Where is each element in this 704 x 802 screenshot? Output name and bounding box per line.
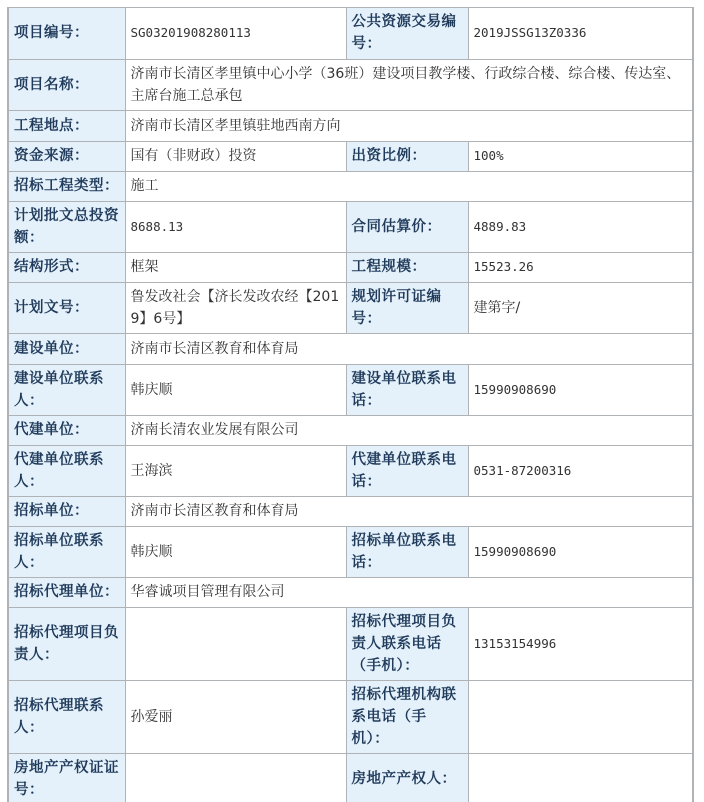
value-project-name: 济南市长清区孝里镇中心小学（36班）建设项目教学楼、行政综合楼、综合楼、传达室、… bbox=[125, 59, 692, 110]
value-permit-number: 建第字/ bbox=[468, 282, 692, 333]
value-total-investment: 8688.13 bbox=[125, 201, 346, 252]
label-construction-contact: 建设单位联系人： bbox=[9, 364, 125, 415]
value-location: 济南市长清区孝里镇驻地西南方向 bbox=[125, 110, 692, 141]
label-agent-build-contact: 代建单位联系人： bbox=[9, 445, 125, 496]
row-tender-type: 招标工程类型： 施工 bbox=[9, 171, 692, 201]
value-property-cert bbox=[125, 753, 346, 802]
row-tender-agency: 招标代理单位： 华睿诚项目管理有限公司 bbox=[9, 577, 692, 607]
row-plan-doc: 计划文号： 鲁发改社会【济长发改农经【2019】6号】 规划许可证编号： 建第字… bbox=[9, 282, 692, 333]
value-tender-contact: 韩庆顺 bbox=[125, 526, 346, 577]
label-trade-number: 公共资源交易编号： bbox=[346, 8, 468, 59]
label-construction-unit: 建设单位： bbox=[9, 333, 125, 364]
project-info-panel: 项目编号： SG03201908280113 公共资源交易编号： 2019JSS… bbox=[7, 7, 694, 802]
label-plan-doc-number: 计划文号： bbox=[9, 282, 125, 333]
label-tender-agency: 招标代理单位： bbox=[9, 577, 125, 607]
row-investment: 计划批文总投资额： 8688.13 合同估算价： 4889.83 bbox=[9, 201, 692, 252]
label-funding-ratio: 出资比例： bbox=[346, 141, 468, 171]
row-agent-build-contact: 代建单位联系人： 王海滨 代建单位联系电话： 0531-87200316 bbox=[9, 445, 692, 496]
row-agent-build-unit: 代建单位： 济南长清农业发展有限公司 bbox=[9, 415, 692, 445]
row-project-name: 项目名称： 济南市长清区孝里镇中心小学（36班）建设项目教学楼、行政综合楼、综合… bbox=[9, 59, 692, 110]
label-agency-manager-phone: 招标代理项目负责人联系电话（手机）： bbox=[346, 607, 468, 680]
label-permit-number: 规划许可证编号： bbox=[346, 282, 468, 333]
value-funding-source: 国有（非财政）投资 bbox=[125, 141, 346, 171]
label-tender-phone: 招标单位联系电话： bbox=[346, 526, 468, 577]
value-funding-ratio: 100% bbox=[468, 141, 692, 171]
value-construction-unit: 济南市长清区教育和体育局 bbox=[125, 333, 692, 364]
value-trade-number: 2019JSSG13Z0336 bbox=[468, 8, 692, 59]
label-property-owner: 房地产产权人： bbox=[346, 753, 468, 802]
label-contract-estimate: 合同估算价： bbox=[346, 201, 468, 252]
value-agent-build-contact: 王海滨 bbox=[125, 445, 346, 496]
row-agency-manager: 招标代理项目负责人： 招标代理项目负责人联系电话（手机）： 1315315499… bbox=[9, 607, 692, 680]
value-tender-phone: 15990908690 bbox=[468, 526, 692, 577]
row-construction-unit: 建设单位： 济南市长清区教育和体育局 bbox=[9, 333, 692, 364]
label-total-investment: 计划批文总投资额： bbox=[9, 201, 125, 252]
label-agency-manager: 招标代理项目负责人： bbox=[9, 607, 125, 680]
value-construction-contact: 韩庆顺 bbox=[125, 364, 346, 415]
label-construction-phone: 建设单位联系电话： bbox=[346, 364, 468, 415]
value-agency-contact: 孙爱丽 bbox=[125, 680, 346, 753]
value-tender-unit: 济南市长清区教育和体育局 bbox=[125, 496, 692, 526]
value-contract-estimate: 4889.83 bbox=[468, 201, 692, 252]
row-tender-contact: 招标单位联系人： 韩庆顺 招标单位联系电话： 15990908690 bbox=[9, 526, 692, 577]
label-agent-build-phone: 代建单位联系电话： bbox=[346, 445, 468, 496]
row-funding-source: 资金来源： 国有（非财政）投资 出资比例： 100% bbox=[9, 141, 692, 171]
value-plan-doc-number: 鲁发改社会【济长发改农经【2019】6号】 bbox=[125, 282, 346, 333]
value-scale: 15523.26 bbox=[468, 252, 692, 282]
row-agency-contact: 招标代理联系人： 孙爱丽 招标代理机构联系电话（手机）： bbox=[9, 680, 692, 753]
row-tender-unit: 招标单位： 济南市长清区教育和体育局 bbox=[9, 496, 692, 526]
label-tender-unit: 招标单位： bbox=[9, 496, 125, 526]
row-structure: 结构形式： 框架 工程规模： 15523.26 bbox=[9, 252, 692, 282]
value-agency-manager-phone: 13153154996 bbox=[468, 607, 692, 680]
label-project-number: 项目编号： bbox=[9, 8, 125, 59]
row-construction-contact: 建设单位联系人： 韩庆顺 建设单位联系电话： 15990908690 bbox=[9, 364, 692, 415]
label-scale: 工程规模： bbox=[346, 252, 468, 282]
label-funding-source: 资金来源： bbox=[9, 141, 125, 171]
value-agency-phone bbox=[468, 680, 692, 753]
value-agent-build-unit: 济南长清农业发展有限公司 bbox=[125, 415, 692, 445]
value-agency-manager bbox=[125, 607, 346, 680]
value-tender-type: 施工 bbox=[125, 171, 692, 201]
label-location: 工程地点： bbox=[9, 110, 125, 141]
project-info-table: 项目编号： SG03201908280113 公共资源交易编号： 2019JSS… bbox=[9, 8, 692, 802]
label-agency-phone: 招标代理机构联系电话（手机）： bbox=[346, 680, 468, 753]
value-property-owner bbox=[468, 753, 692, 802]
value-tender-agency: 华睿诚项目管理有限公司 bbox=[125, 577, 692, 607]
label-agency-contact: 招标代理联系人： bbox=[9, 680, 125, 753]
label-property-cert: 房地产产权证证号： bbox=[9, 753, 125, 802]
label-structure: 结构形式： bbox=[9, 252, 125, 282]
value-agent-build-phone: 0531-87200316 bbox=[468, 445, 692, 496]
value-construction-phone: 15990908690 bbox=[468, 364, 692, 415]
value-structure: 框架 bbox=[125, 252, 346, 282]
value-project-number: SG03201908280113 bbox=[125, 8, 346, 59]
label-tender-contact: 招标单位联系人： bbox=[9, 526, 125, 577]
label-tender-type: 招标工程类型： bbox=[9, 171, 125, 201]
label-agent-build-unit: 代建单位： bbox=[9, 415, 125, 445]
row-project-number: 项目编号： SG03201908280113 公共资源交易编号： 2019JSS… bbox=[9, 8, 692, 59]
row-location: 工程地点： 济南市长清区孝里镇驻地西南方向 bbox=[9, 110, 692, 141]
row-property: 房地产产权证证号： 房地产产权人： bbox=[9, 753, 692, 802]
label-project-name: 项目名称： bbox=[9, 59, 125, 110]
